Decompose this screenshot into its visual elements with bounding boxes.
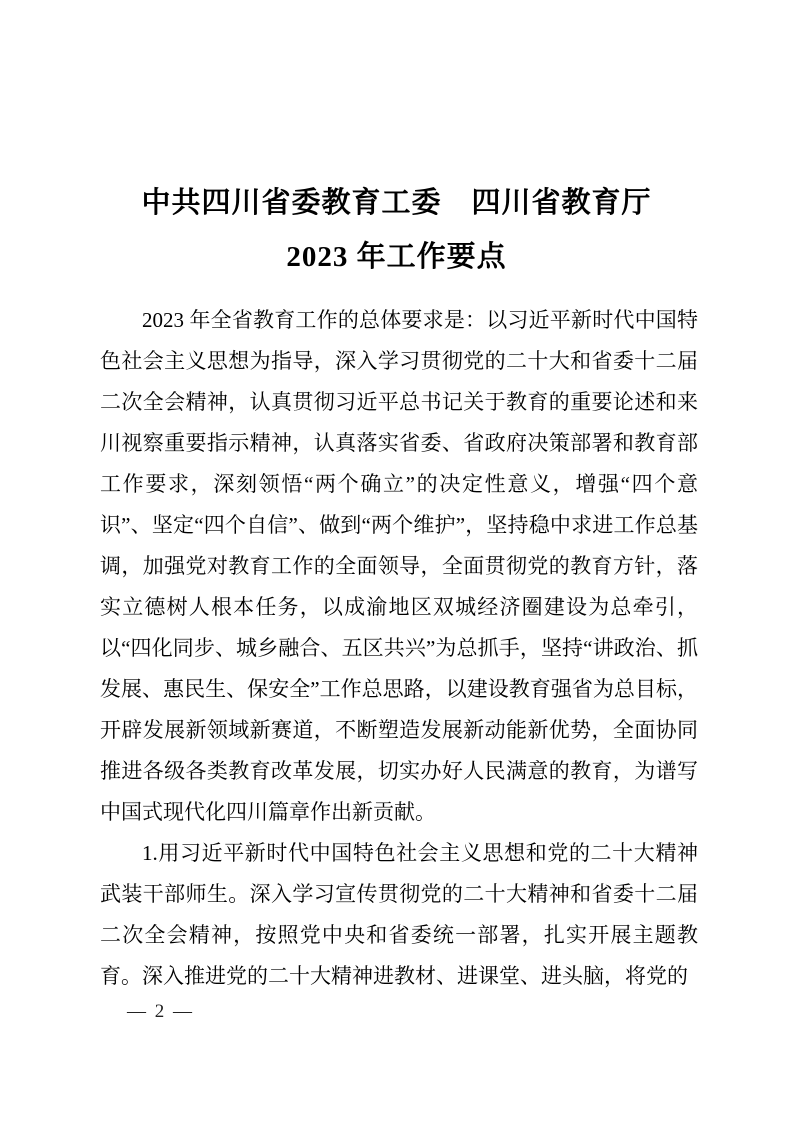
paragraph-overall-requirements: 2023 年全省教育工作的总体要求是：以习近平新时代中国特色社会主义思想为指导，… <box>100 300 698 833</box>
title-line-1: 中共四川省委教育工委 四川省教育厅 <box>0 176 793 230</box>
document-title: 中共四川省委教育工委 四川省教育厅 2023 年工作要点 <box>0 176 793 284</box>
document-page: 中共四川省委教育工委 四川省教育厅 2023 年工作要点 2023 年全省教育工… <box>0 0 793 1122</box>
title-line-2: 2023 年工作要点 <box>0 230 793 284</box>
document-body: 2023 年全省教育工作的总体要求是：以习近平新时代中国特色社会主义思想为指导，… <box>100 300 698 997</box>
page-number-footer: — 2 — <box>127 1001 194 1023</box>
paragraph-item-1: 1.用习近平新时代中国特色社会主义思想和党的二十大精神武装干部师生。深入学习宣传… <box>100 833 698 997</box>
